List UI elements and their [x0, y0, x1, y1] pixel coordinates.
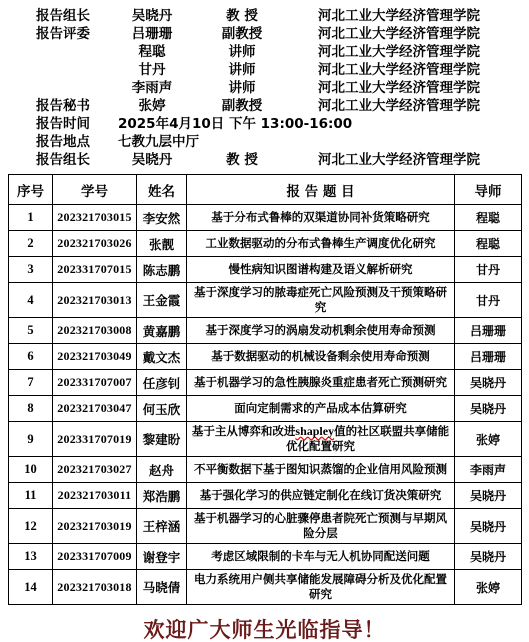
table-row: 12 202321703019 王梓涵 基于机器学习的心脏骤停患者院死亡预测与早…: [9, 509, 522, 544]
info-row-committee: 程聪 讲师 河北工业大学经济管理学院: [0, 43, 529, 61]
mentor-name: 吕珊珊: [455, 318, 522, 344]
info-row-leader-repeat: 报告组长 吴晓丹 教 授 河北工业大学经济管理学院: [0, 151, 529, 169]
report-place: 七教九层中厅: [118, 133, 199, 151]
student-name: 黎建盼: [137, 422, 187, 457]
row-no: 6: [9, 344, 53, 370]
row-no: 14: [9, 570, 53, 605]
person-title: 讲师: [196, 79, 288, 97]
row-no: 5: [9, 318, 53, 344]
person-name: 吴晓丹: [104, 7, 200, 25]
person-name: 甘丹: [104, 61, 200, 79]
table-row: 13 202331707009 谢登宇 考虑区域限制的卡车与无人机协同配送问题 …: [9, 544, 522, 570]
mentor-name: 吕珊珊: [455, 344, 522, 370]
person-institution: 河北工业大学经济管理学院: [318, 61, 480, 79]
report-schedule-table: 序号 学号 姓名 报 告 题 目 导师 1 202321703015 李安然 基…: [8, 174, 522, 605]
table-row: 7 202331707007 任彦钊 基于机器学习的急性胰腺炎重症患者死亡预测研…: [9, 370, 522, 396]
report-topic: 基于分布式鲁棒的双渠道协同补货策略研究: [187, 205, 455, 231]
person-institution: 河北工业大学经济管理学院: [318, 25, 480, 43]
student-id: 202321703008: [53, 318, 137, 344]
mentor-name: 程聪: [455, 231, 522, 257]
report-topic: 面向定制需求的产品成本估算研究: [187, 396, 455, 422]
info-row-time: 报告时间 2025年4月10日 下午 13:00-16:00: [0, 115, 529, 133]
report-topic: 考虑区域限制的卡车与无人机协同配送问题: [187, 544, 455, 570]
person-name: 程聪: [104, 43, 200, 61]
student-name: 赵舟: [137, 457, 187, 483]
info-row-committee: 甘丹 讲师 河北工业大学经济管理学院: [0, 61, 529, 79]
row-no: 9: [9, 422, 53, 457]
table-row: 14 202321703018 马晓倩 电力系统用户侧共享储能发展障碍分析及优化…: [9, 570, 522, 605]
welcome-message: 欢迎广大师生光临指导！: [0, 614, 529, 642]
table-row: 1 202321703015 李安然 基于分布式鲁棒的双渠道协同补货策略研究 程…: [9, 205, 522, 231]
report-topic: 基于机器学习的心脏骤停患者院死亡预测与早期风险分层: [187, 509, 455, 544]
info-row-committee: 报告评委 吕珊珊 副教授 河北工业大学经济管理学院: [0, 25, 529, 43]
info-label: 报告地点: [36, 133, 90, 151]
table-row: 9 202331707019 黎建盼 基于主从博弈和改进shapley值的社区联…: [9, 422, 522, 457]
student-name: 任彦钊: [137, 370, 187, 396]
student-name: 张靓: [137, 231, 187, 257]
mentor-name: 张婷: [455, 570, 522, 605]
person-institution: 河北工业大学经济管理学院: [318, 43, 480, 61]
report-topic: 基于深度学习的涡扇发动机剩余使用寿命预测: [187, 318, 455, 344]
student-name: 马晓倩: [137, 570, 187, 605]
info-row-place: 报告地点 七教九层中厅: [0, 133, 529, 151]
person-institution: 河北工业大学经济管理学院: [318, 97, 480, 115]
student-id: 202321703027: [53, 457, 137, 483]
info-row-committee: 李雨声 讲师 河北工业大学经济管理学院: [0, 79, 529, 97]
student-id: 202321703018: [53, 570, 137, 605]
student-name: 王梓涵: [137, 509, 187, 544]
person-title: 副教授: [196, 97, 288, 115]
report-topic: 电力系统用户侧共享储能发展障碍分析及优化配置研究: [187, 570, 455, 605]
info-label: 报告时间: [36, 115, 90, 133]
info-row-leader: 报告组长 吴晓丹 教 授 河北工业大学经济管理学院: [0, 7, 529, 25]
student-id: 202321703013: [53, 283, 137, 318]
report-topic: 基于深度学习的脓毒症死亡风险预测及干预策略研究: [187, 283, 455, 318]
info-label: 报告评委: [36, 25, 90, 43]
report-topic: 不平衡数据下基于图知识蒸馏的企业信用风险预测: [187, 457, 455, 483]
header-topic: 报 告 题 目: [187, 175, 455, 205]
table-row: 4 202321703013 王金霞 基于深度学习的脓毒症死亡风险预测及干预策略…: [9, 283, 522, 318]
mentor-name: 甘丹: [455, 283, 522, 318]
row-no: 10: [9, 457, 53, 483]
student-id: 202331707009: [53, 544, 137, 570]
student-id: 202321703015: [53, 205, 137, 231]
table-row: 5 202321703008 黄嘉鹏 基于深度学习的涡扇发动机剩余使用寿命预测 …: [9, 318, 522, 344]
person-name: 张婷: [104, 97, 200, 115]
info-row-secretary: 报告秘书 张婷 副教授 河北工业大学经济管理学院: [0, 97, 529, 115]
student-name: 王金霞: [137, 283, 187, 318]
person-title: 副教授: [196, 25, 288, 43]
mentor-name: 吴晓丹: [455, 509, 522, 544]
row-no: 7: [9, 370, 53, 396]
topic-text: 基于主从博弈和改进: [192, 424, 296, 438]
row-no: 12: [9, 509, 53, 544]
student-name: 何玉欣: [137, 396, 187, 422]
person-title: 教 授: [196, 151, 288, 169]
student-id: 202331707019: [53, 422, 137, 457]
student-name: 陈志鹏: [137, 257, 187, 283]
student-id: 202331707007: [53, 370, 137, 396]
person-name: 吴晓丹: [104, 151, 200, 169]
person-name: 李雨声: [104, 79, 200, 97]
person-institution: 河北工业大学经济管理学院: [318, 151, 480, 169]
report-topic: 工业数据驱动的分布式鲁棒生产调度优化研究: [187, 231, 455, 257]
student-name: 郑浩鹏: [137, 483, 187, 509]
mentor-name: 张婷: [455, 422, 522, 457]
student-id: 202321703047: [53, 396, 137, 422]
table-row: 10 202321703027 赵舟 不平衡数据下基于图知识蒸馏的企业信用风险预…: [9, 457, 522, 483]
person-title: 讲师: [196, 43, 288, 61]
table-row: 3 202331707015 陈志鹏 慢性病知识图谱构建及语义解析研究 甘丹: [9, 257, 522, 283]
student-id: 202321703011: [53, 483, 137, 509]
person-name: 吕珊珊: [104, 25, 200, 43]
row-no: 3: [9, 257, 53, 283]
row-no: 1: [9, 205, 53, 231]
table-header-row: 序号 学号 姓名 报 告 题 目 导师: [9, 175, 522, 205]
row-no: 8: [9, 396, 53, 422]
person-title: 讲师: [196, 61, 288, 79]
table-row: 11 202321703011 郑浩鹏 基于强化学习的供应链定制化在线订货决策研…: [9, 483, 522, 509]
report-topic: 基于主从博弈和改进shapley值的社区联盟共享储能优化配置研究: [187, 422, 455, 457]
report-info-block: 报告组长 吴晓丹 教 授 河北工业大学经济管理学院 报告评委 吕珊珊 副教授 河…: [0, 0, 529, 169]
mentor-name: 吴晓丹: [455, 396, 522, 422]
spellchecked-word: shapley: [295, 424, 334, 438]
info-label: 报告组长: [36, 7, 90, 25]
person-institution: 河北工业大学经济管理学院: [318, 7, 480, 25]
row-no: 4: [9, 283, 53, 318]
mentor-name: 吴晓丹: [455, 544, 522, 570]
mentor-name: 程聪: [455, 205, 522, 231]
header-name: 姓名: [137, 175, 187, 205]
student-name: 黄嘉鹏: [137, 318, 187, 344]
student-name: 谢登宇: [137, 544, 187, 570]
row-no: 2: [9, 231, 53, 257]
info-label: 报告组长: [36, 151, 90, 169]
student-id: 202331707015: [53, 257, 137, 283]
report-topic: 慢性病知识图谱构建及语义解析研究: [187, 257, 455, 283]
report-topic: 基于机器学习的急性胰腺炎重症患者死亡预测研究: [187, 370, 455, 396]
mentor-name: 吴晓丹: [455, 483, 522, 509]
report-time: 2025年4月10日 下午 13:00-16:00: [118, 115, 352, 133]
mentor-name: 甘丹: [455, 257, 522, 283]
mentor-name: 吴晓丹: [455, 370, 522, 396]
table-row: 6 202321703049 戴文杰 基于数据驱动的机械设备剩余使用寿命预测 吕…: [9, 344, 522, 370]
person-institution: 河北工业大学经济管理学院: [318, 79, 480, 97]
student-id: 202321703019: [53, 509, 137, 544]
document-page: 报告组长 吴晓丹 教 授 河北工业大学经济管理学院 报告评委 吕珊珊 副教授 河…: [0, 0, 529, 642]
report-topic: 基于数据驱动的机械设备剩余使用寿命预测: [187, 344, 455, 370]
header-mentor: 导师: [455, 175, 522, 205]
header-no: 序号: [9, 175, 53, 205]
student-id: 202321703049: [53, 344, 137, 370]
person-title: 教 授: [196, 7, 288, 25]
row-no: 13: [9, 544, 53, 570]
row-no: 11: [9, 483, 53, 509]
mentor-name: 李雨声: [455, 457, 522, 483]
student-name: 戴文杰: [137, 344, 187, 370]
info-label: 报告秘书: [36, 97, 90, 115]
table-row: 8 202321703047 何玉欣 面向定制需求的产品成本估算研究 吴晓丹: [9, 396, 522, 422]
student-id: 202321703026: [53, 231, 137, 257]
header-student-id: 学号: [53, 175, 137, 205]
table-row: 2 202321703026 张靓 工业数据驱动的分布式鲁棒生产调度优化研究 程…: [9, 231, 522, 257]
report-topic: 基于强化学习的供应链定制化在线订货决策研究: [187, 483, 455, 509]
student-name: 李安然: [137, 205, 187, 231]
